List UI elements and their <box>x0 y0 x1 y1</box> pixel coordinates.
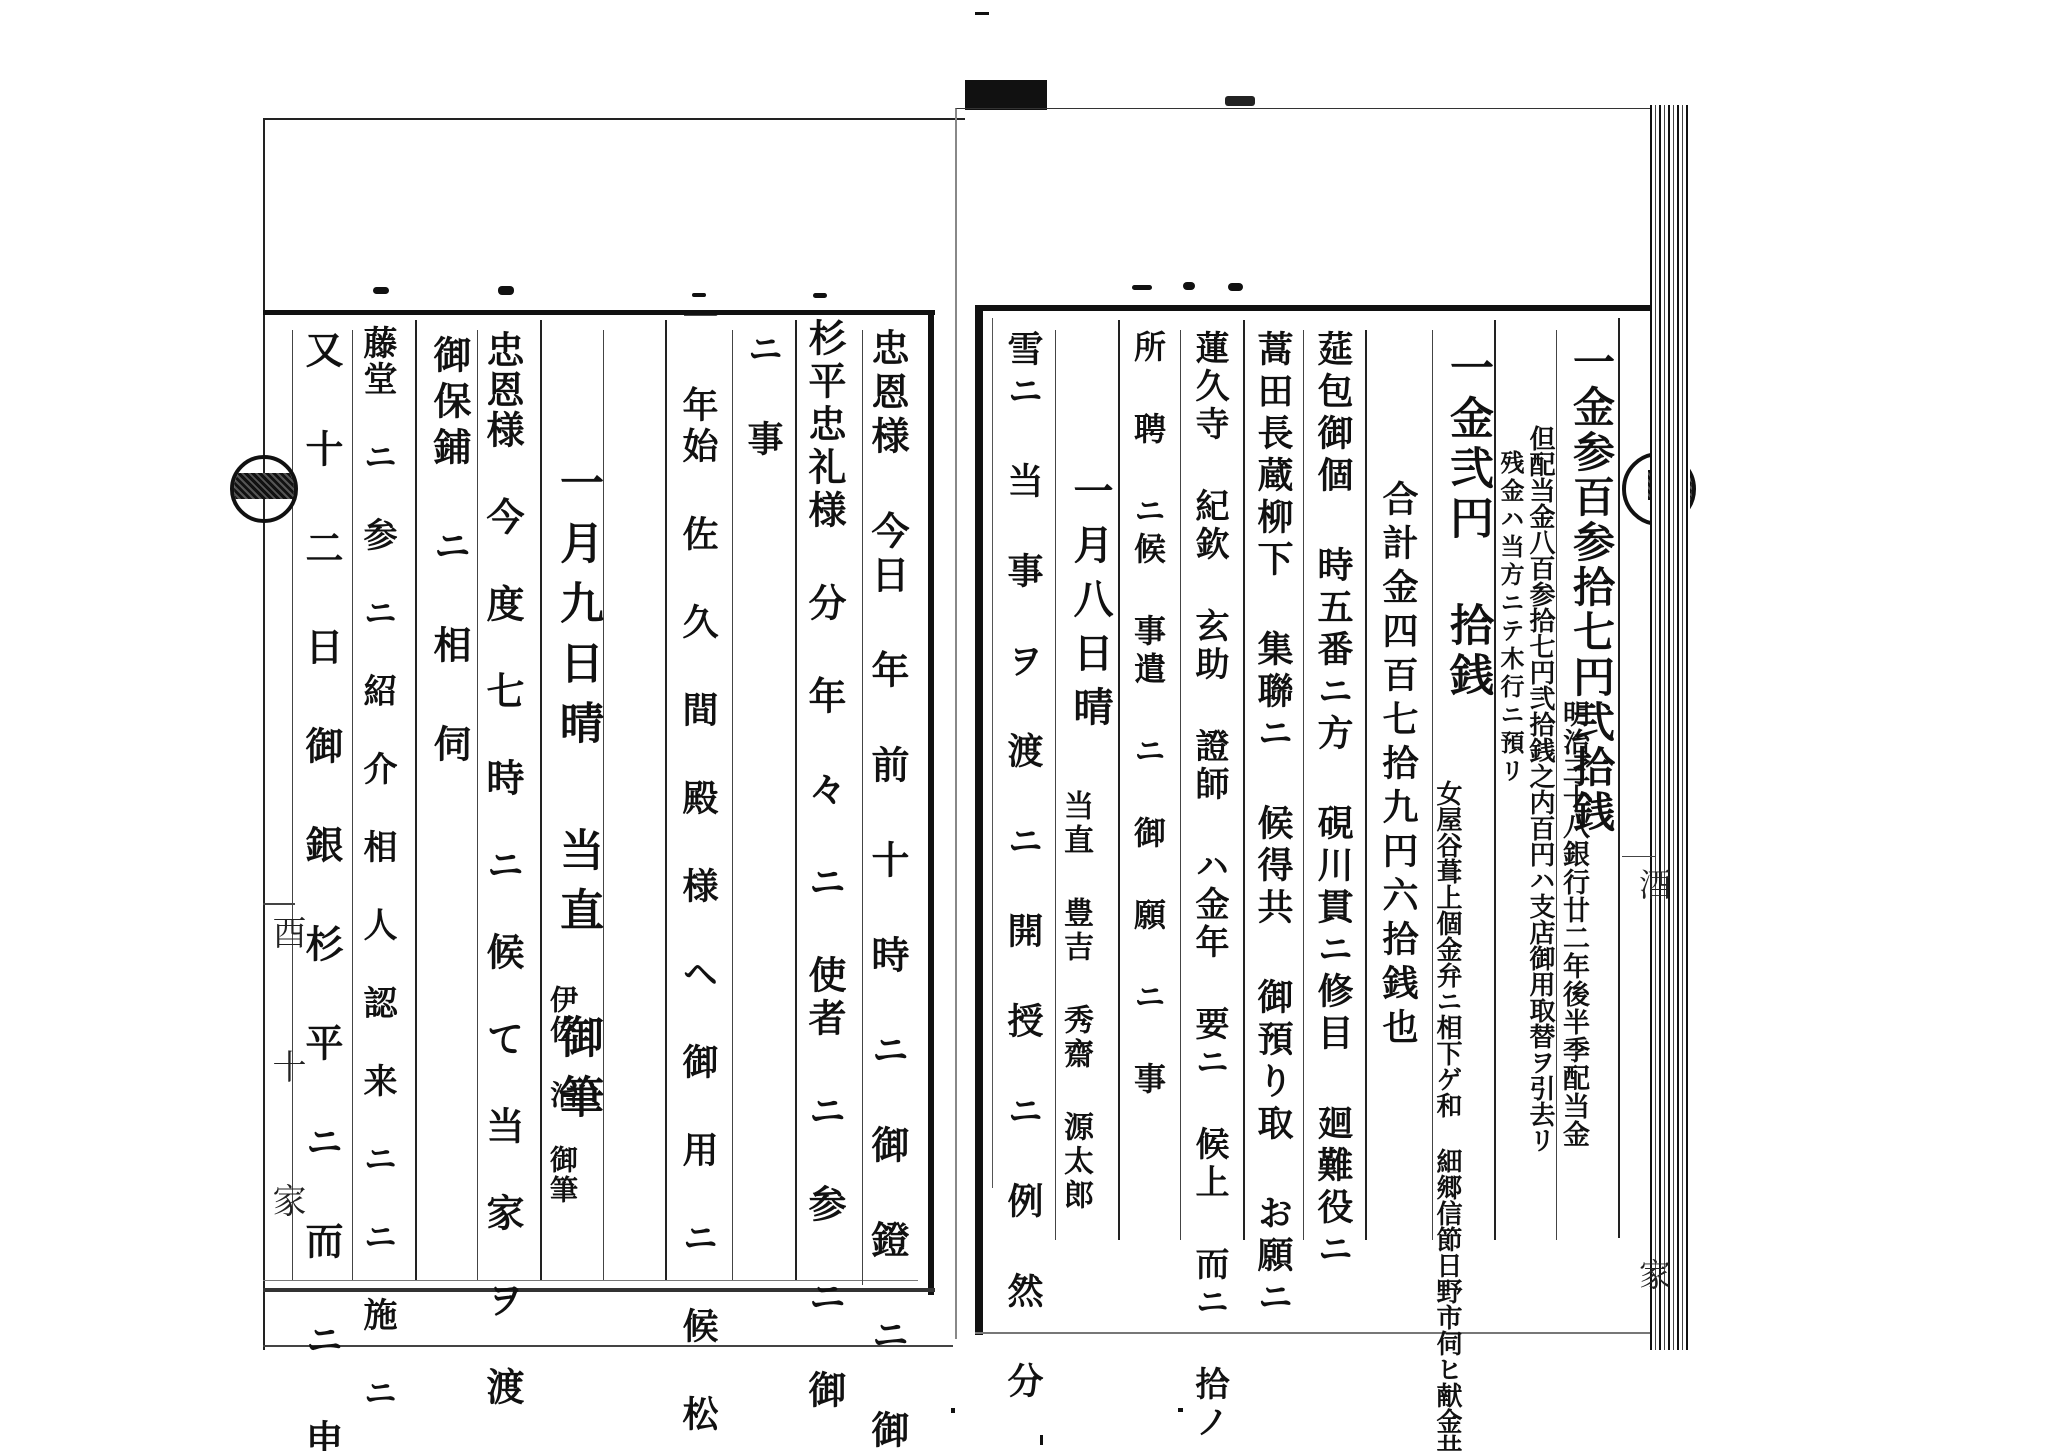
left-rule-9 <box>352 330 353 1280</box>
bottom-dot-2 <box>1040 1435 1043 1445</box>
right-rule-9 <box>1118 320 1120 1240</box>
left-frame-right <box>928 310 934 1295</box>
right-col-6: 蒿田長蔵柳下 集聯ニ 候得共 御預り取 お願ニ <box>1255 330 1291 1230</box>
right-col-7: 蓮久寺 紀欽 玄助 證師 ハ金年 要ニ 候上 而ニ 拾ノ <box>1192 330 1226 1230</box>
bottom-dot-1 <box>951 1408 955 1413</box>
right-frame-left <box>975 305 983 1335</box>
right-col-9: 一月八日晴 <box>1070 470 1110 740</box>
left-top-tick-3 <box>692 293 706 297</box>
left-rule-6 <box>540 320 542 1280</box>
left-top-tick-2 <box>498 286 514 295</box>
left-col-2: 杉平忠礼様 分 年 々 ニ 使者 ニ 参 ニ 御 高 松 ニ 奉 ニ <box>805 318 843 1288</box>
right-rule-7 <box>1243 320 1245 1240</box>
right-col-9-note: 当直 豊吉 秀齋 源太郎 <box>1060 790 1090 1210</box>
right-col-3: 一金弐円 拾銭 <box>1445 345 1489 702</box>
left-rule-8 <box>415 320 417 1280</box>
left-rule-1 <box>862 330 863 1285</box>
top-small-mark <box>1225 96 1255 106</box>
right-col-10: 雪ニ 当 事 ヲ 渡 ニ 開 授 ニ 例 然 分 <box>1005 330 1041 1030</box>
left-rule-7 <box>477 330 478 1280</box>
left-top-tick-1 <box>373 287 389 294</box>
right-col-3-note: 女屋谷葺上個金弁ニ相下ゲ和 細郷信節日野市伺ヒ献金共 <box>1434 780 1460 1240</box>
right-col-4: 合計金四百七拾九円六拾銭也 <box>1380 480 1416 1052</box>
right-rule-6 <box>1303 330 1304 1240</box>
left-col-4: 一 年始 佐 久 間 殿 様 ヘ 御 用 ニ 候 松 平 又 来 ニ 事 <box>680 298 716 1198</box>
right-edge-label-box <box>1622 856 1656 857</box>
right-rule-10 <box>1055 330 1056 1240</box>
right-top-tick-2 <box>1183 282 1195 290</box>
right-col-8: 所 聘 ニ候 事遣 ニ 御 願 ニ 事 <box>1132 330 1164 1130</box>
top-dot-1 <box>975 12 989 15</box>
top-black-tab <box>965 80 1047 110</box>
right-col-2b: 残金ハ当方ニテ木行ニ預リ <box>1498 450 1522 786</box>
left-col-9: 又 十 二 日 御 銀 杉 平 ニ 而 ニ 申 奉 ニ 事 <box>302 330 340 1030</box>
right-frame-bottom <box>975 1332 1655 1334</box>
left-col-7: 御保鋪 ニ 相 伺 <box>430 335 468 770</box>
left-rule-4 <box>665 320 667 1280</box>
left-col-1: 忠恩様 今日 年 前 十 時 ニ 御 鐙 ニ 御 願 ニ 事 <box>868 328 906 1278</box>
right-frame-inner-left <box>992 318 993 1188</box>
left-rule-2 <box>795 320 797 1280</box>
left-col-8: 藤堂 ニ 参 ニ 紹 介 相 人 認 来 ニ ニ 施 ニ 向 ニ 候 處 筋 申… <box>360 325 394 1285</box>
right-rule-5 <box>1365 330 1367 1240</box>
bottom-dot-3 <box>1178 1408 1183 1412</box>
left-binding-clip-icon <box>230 455 298 523</box>
right-col-1-note: 明治三十八銀行廿二年後半季配当金 <box>1560 700 1587 1220</box>
right-rule-8 <box>1180 330 1181 1240</box>
left-top-tick-4 <box>813 293 827 298</box>
left-frame-top <box>263 310 935 315</box>
right-top-tick-3 <box>1228 283 1243 291</box>
left-rule-3 <box>732 330 733 1280</box>
right-frame-top <box>975 305 1655 311</box>
left-col-5-note: 伊佐 治 御筆 <box>548 985 576 1205</box>
right-rule-1 <box>1618 318 1620 1238</box>
right-rule-2 <box>1556 330 1557 1240</box>
right-edge-label: 酒 家 <box>1630 868 1676 1450</box>
right-top-tick-1 <box>1132 285 1152 290</box>
left-col-3: ニ 事 <box>745 330 781 462</box>
right-col-5: 莚包御個 時五番ニ方 硯川貫ニ修目 廻難役ニ <box>1315 330 1351 1210</box>
right-col-2a: 但配当金八百参拾七円弐拾銭之内百円ハ支店御用取替ヲ引去リ <box>1527 425 1553 1245</box>
left-col-6: 忠恩様 今 度 七 時 ニ 候 て 当 家 ヲ 渡 ス ニ 而 へ ニ 後 略 … <box>483 330 521 1280</box>
left-rule-5 <box>603 330 604 1280</box>
